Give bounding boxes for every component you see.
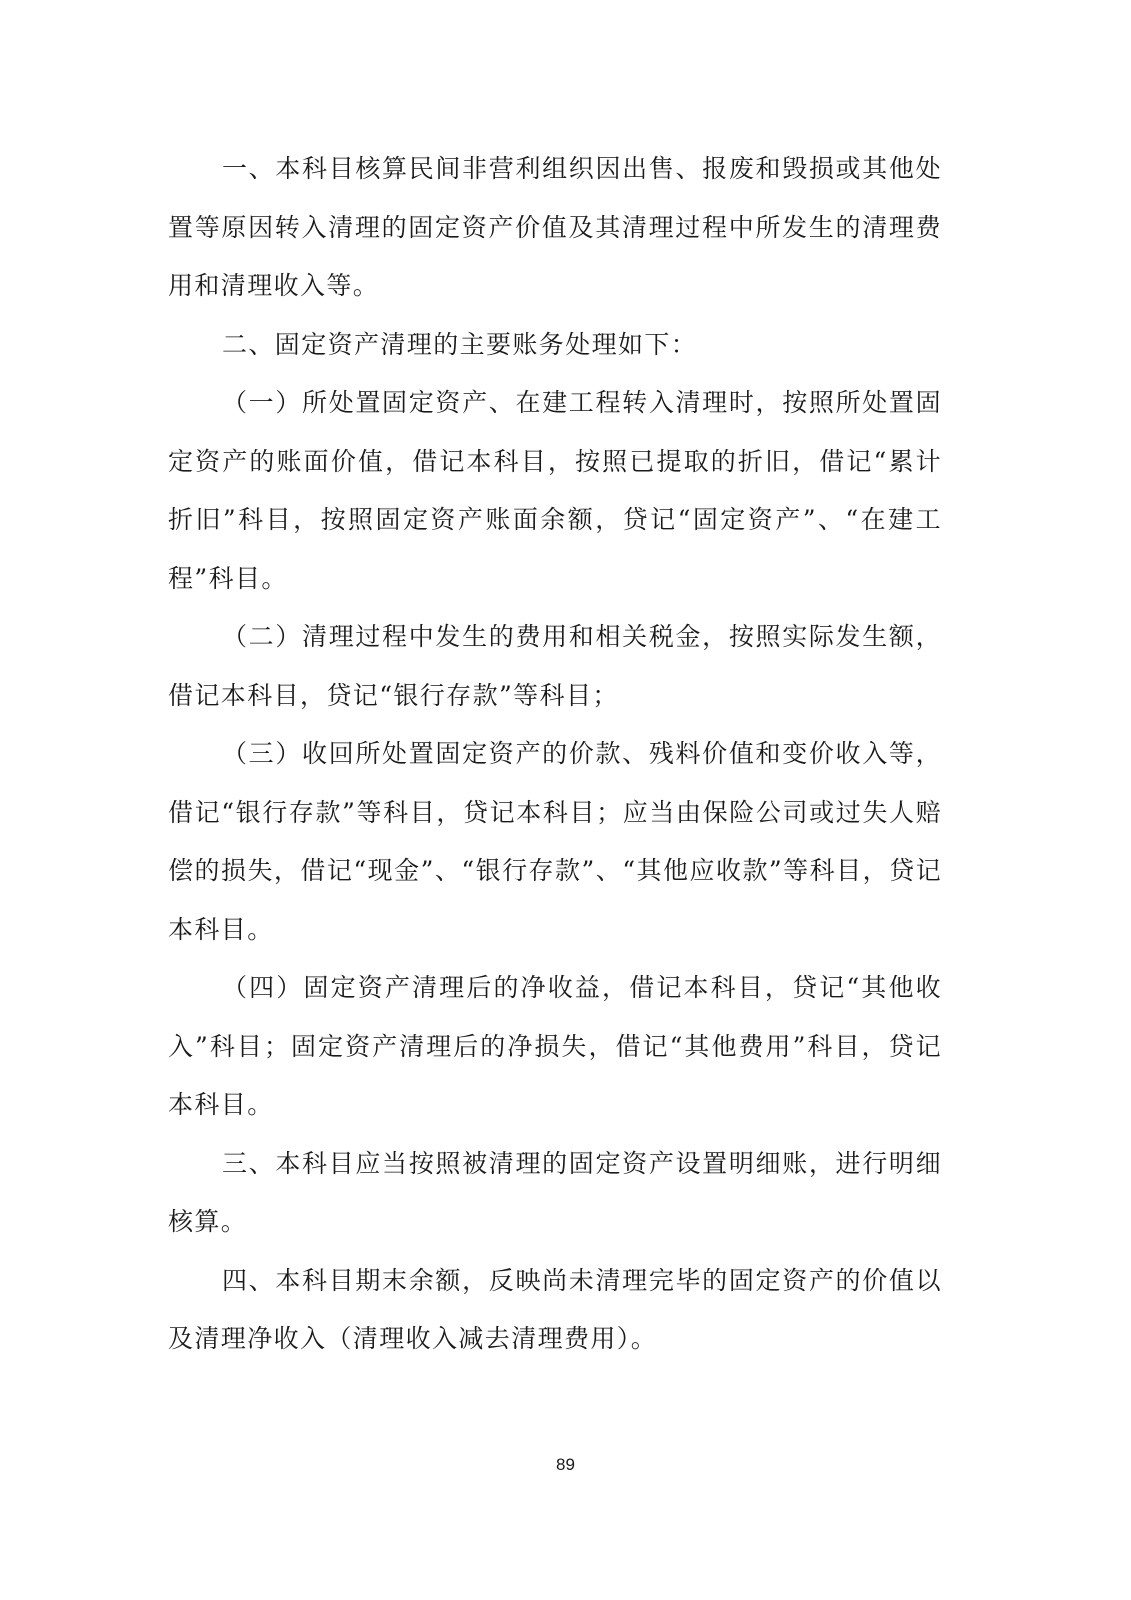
paragraph-entry-3: （三）收回所处置固定资产的价款、残料价值和变价收入等，借记“银行存款”等科目，贷…: [168, 725, 942, 959]
paragraph-main-entries-heading: 二、固定资产清理的主要账务处理如下：: [168, 316, 942, 375]
paragraph-ending-balance: 四、本科目期末余额，反映尚未清理完毕的固定资产的价值以及清理净收入（清理收入减去…: [168, 1252, 942, 1369]
paragraph-detail-ledger: 三、本科目应当按照被清理的固定资产设置明细账，进行明细核算。: [168, 1135, 942, 1252]
document-body: 一、本科目核算民间非营利组织因出售、报废和毁损或其他处置等原因转入清理的固定资产…: [168, 140, 942, 1369]
paragraph-entry-4: （四）固定资产清理后的净收益，借记本科目，贷记“其他收入”科目；固定资产清理后的…: [168, 959, 942, 1135]
paragraph-entry-1: （一）所处置固定资产、在建工程转入清理时，按照所处置固定资产的账面价值，借记本科…: [168, 374, 942, 608]
page-number: 89: [0, 1455, 1131, 1475]
paragraph-entry-2: （二）清理过程中发生的费用和相关税金，按照实际发生额，借记本科目，贷记“银行存款…: [168, 608, 942, 725]
paragraph-scope: 一、本科目核算民间非营利组织因出售、报废和毁损或其他处置等原因转入清理的固定资产…: [168, 140, 942, 316]
